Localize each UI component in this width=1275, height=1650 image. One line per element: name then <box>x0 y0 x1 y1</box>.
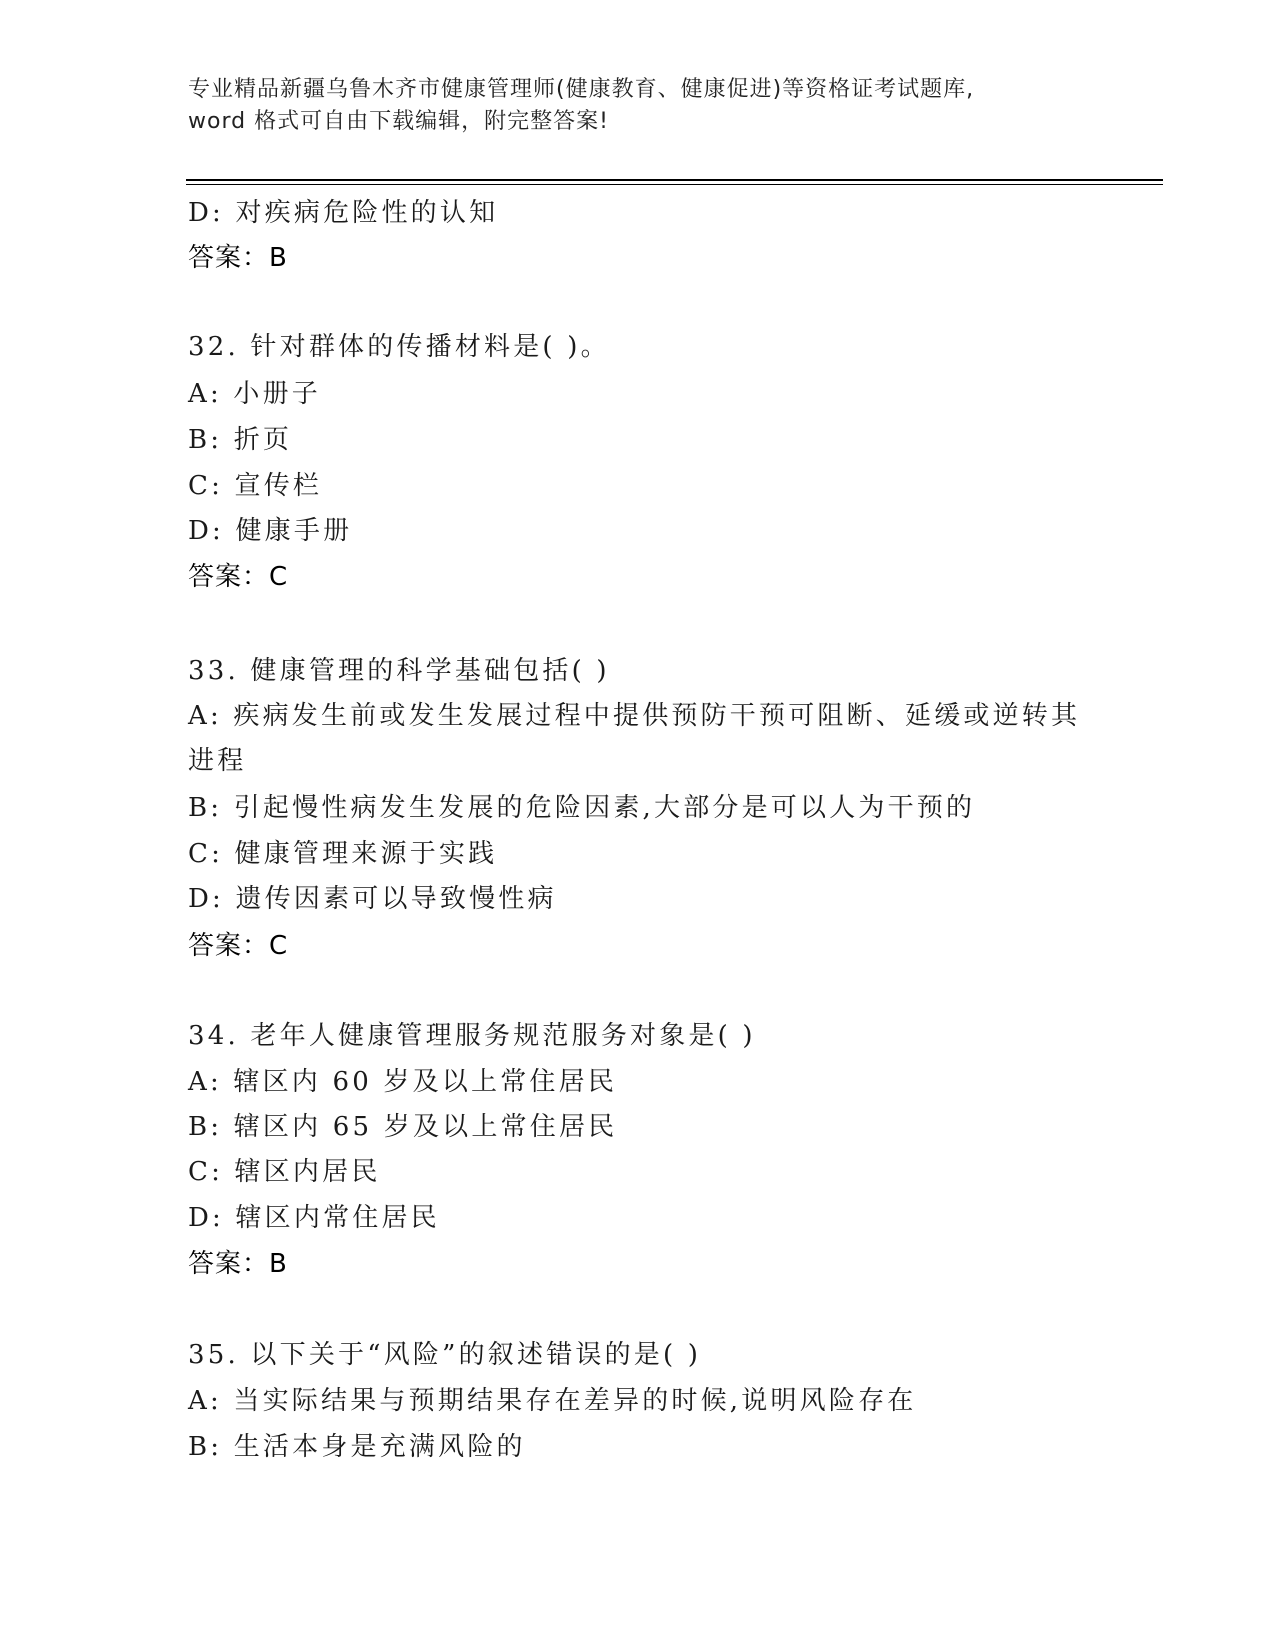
question-33-answer: 答案：C <box>188 929 288 963</box>
question-34-option-c: C: 辖区内居民 <box>188 1155 381 1189</box>
question-32-option-c: C: 宣传栏 <box>188 469 322 503</box>
prev-option-d: D: 对疾病危险性的认知 <box>188 196 498 230</box>
question-33-option-d: D: 遗传因素可以导致慢性病 <box>188 882 557 916</box>
header-title-line-2: word 格式可自由下载编辑，附完整答案! <box>188 106 1168 138</box>
header-divider-thin <box>186 184 1163 185</box>
question-34-option-d: D: 辖区内常住居民 <box>188 1201 440 1235</box>
question-33-option-b: B: 引起慢性病发生发展的危险因素,大部分是可以人为干预的 <box>188 791 975 825</box>
question-35-option-b: B: 生活本身是充满风险的 <box>188 1430 526 1464</box>
prev-answer: 答案：B <box>188 241 288 275</box>
question-32-option-b: B: 折页 <box>188 423 292 457</box>
question-33-stem: 33. 健康管理的科学基础包括( ) <box>188 654 610 688</box>
question-34-option-b: B: 辖区内 65 岁及以上常住居民 <box>188 1110 617 1144</box>
document-page: 专业精品新疆乌鲁木齐市健康管理师(健康教育、健康促进)等资格证考试题库, wor… <box>0 0 1275 1650</box>
question-33-option-a: A: 疾病发生前或发生发展过程中提供预防干预可阻断、延缓或逆转其 <box>188 699 1080 733</box>
header-title-line-1: 专业精品新疆乌鲁木齐市健康管理师(健康教育、健康促进)等资格证考试题库, <box>188 74 1168 106</box>
question-33-option-c: C: 健康管理来源于实践 <box>188 837 497 871</box>
question-35-option-a: A: 当实际结果与预期结果存在差异的时候,说明风险存在 <box>188 1384 916 1418</box>
question-34-option-a: A: 辖区内 60 岁及以上常住居民 <box>188 1065 617 1099</box>
question-35-stem: 35. 以下关于“风险”的叙述错误的是( ) <box>188 1338 701 1372</box>
question-34-answer: 答案：B <box>188 1247 288 1281</box>
question-32-option-d: D: 健康手册 <box>188 514 352 548</box>
document-header: 专业精品新疆乌鲁木齐市健康管理师(健康教育、健康促进)等资格证考试题库, wor… <box>188 74 1168 138</box>
question-32-option-a: A: 小册子 <box>188 377 321 411</box>
question-33-option-a-cont: 进程 <box>188 744 246 778</box>
question-32-stem: 32. 针对群体的传播材料是( )。 <box>188 330 610 364</box>
question-32-answer: 答案：C <box>188 560 288 594</box>
header-divider-thick <box>186 179 1163 181</box>
question-34-stem: 34. 老年人健康管理服务规范服务对象是( ) <box>188 1019 756 1053</box>
